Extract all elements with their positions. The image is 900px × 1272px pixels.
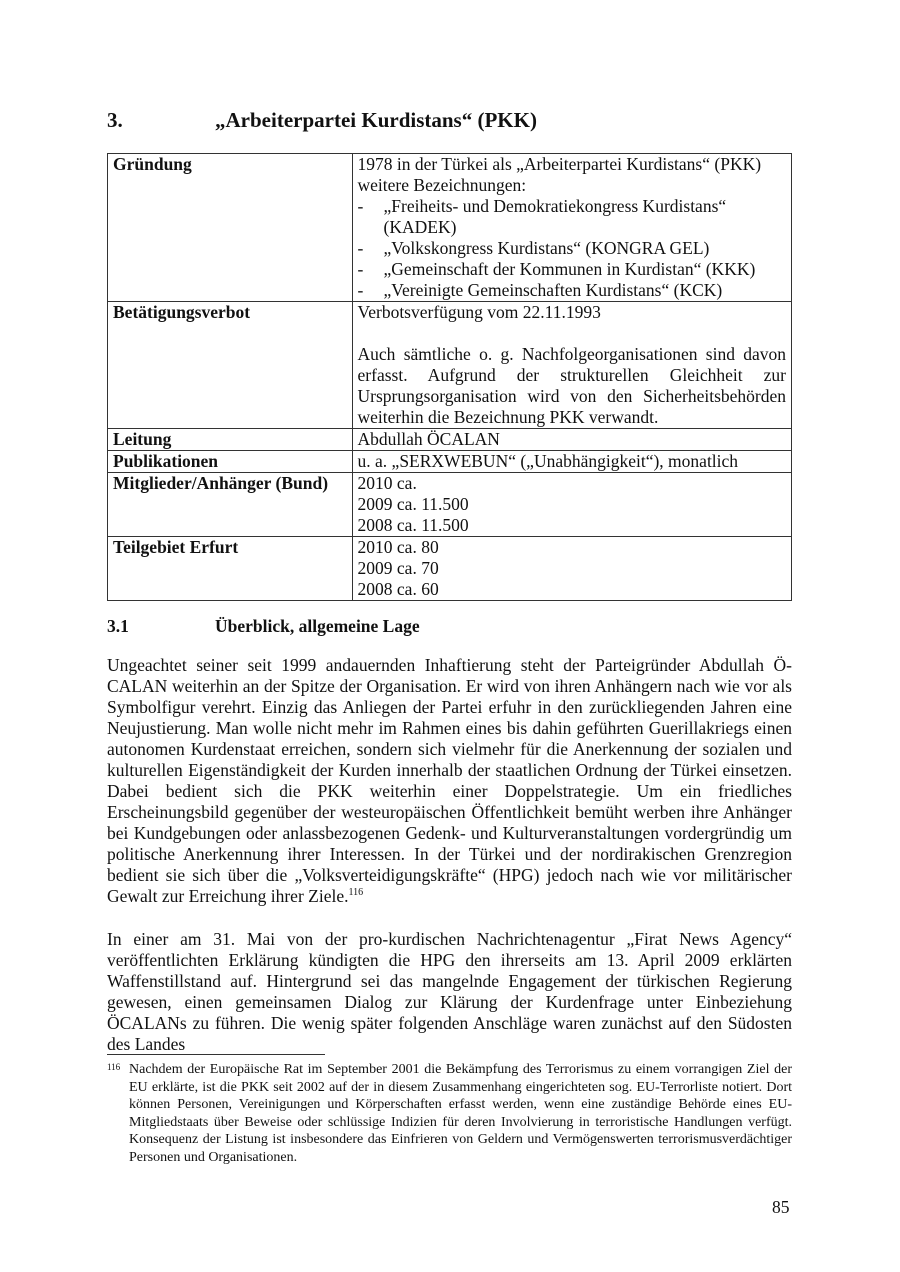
value-line: 2008 ca. 60 <box>358 579 786 600</box>
table-row: Betätigungsverbot Verbotsverfügung vom 2… <box>108 302 792 429</box>
value-line: Verbotsverfügung vom 22.11.1993 <box>358 302 786 323</box>
section-number: 3.1 <box>107 616 129 637</box>
footnote-separator <box>107 1054 325 1055</box>
row-label: Teilgebiet Erfurt <box>108 537 353 601</box>
footnote-reference[interactable]: 116 <box>348 887 363 898</box>
table-row: Publikationen u. a. „SERXWEBUN“ („Unabhä… <box>108 451 792 473</box>
row-value: u. a. „SERXWEBUN“ („Unabhängigkeit“), mo… <box>352 451 791 473</box>
row-value: Verbotsverfügung vom 22.11.1993 Auch säm… <box>352 302 791 429</box>
value-line: 1978 in der Türkei als „Arbeiterpartei K… <box>358 154 786 175</box>
row-label: Publikationen <box>108 451 353 473</box>
value-line: 2009 ca. 70 <box>358 558 786 579</box>
row-label: Betätigungsverbot <box>108 302 353 429</box>
chapter-title: „Arbeiterpartei Kurdistans“ (PKK) <box>215 108 537 133</box>
list-item: - „Volkskongress Kurdistans“ (KONGRA GEL… <box>358 238 786 259</box>
paragraph-text: Ungeachtet seiner seit 1999 andauernden … <box>107 655 792 906</box>
row-value: 2010 ca. 2009 ca. 11.500 2008 ca. 11.500 <box>352 473 791 537</box>
row-value: Abdullah ÖCALAN <box>352 429 791 451</box>
list-dash: - <box>358 259 384 280</box>
list-dash: - <box>358 238 384 259</box>
list-item-text: „Freiheits- und Demokratiekongress Kurdi… <box>384 196 786 238</box>
body-paragraph: Ungeachtet seiner seit 1999 andauernden … <box>107 655 792 907</box>
list-item-text: „Volkskongress Kurdistans“ (KONGRA GEL) <box>384 238 710 259</box>
footnote: 116 Nachdem der Europäische Rat im Septe… <box>107 1061 792 1166</box>
row-label: Leitung <box>108 429 353 451</box>
value-line: 2010 ca. <box>358 473 786 494</box>
table-row: Mitglieder/Anhänger (Bund) 2010 ca. 2009… <box>108 473 792 537</box>
value-paragraph: Auch sämtliche o. g. Nachfolgeorganisati… <box>358 344 786 428</box>
organization-info-table: Gründung 1978 in der Türkei als „Arbeite… <box>107 153 792 601</box>
page-number: 85 <box>772 1197 790 1218</box>
table-row: Gründung 1978 in der Türkei als „Arbeite… <box>108 154 792 302</box>
chapter-number: 3. <box>107 108 123 133</box>
list-item-text: „Vereinigte Gemeinschaften Kurdistans“ (… <box>384 280 723 301</box>
row-value: 2010 ca. 80 2009 ca. 70 2008 ca. 60 <box>352 537 791 601</box>
section-title: Überblick, allgemeine Lage <box>215 616 420 637</box>
list-dash: - <box>358 280 384 301</box>
paragraph-text: In einer am 31. Mai von der pro-kurdisch… <box>107 929 792 1054</box>
footnote-number: 116 <box>107 1059 120 1077</box>
row-label: Mitglieder/Anhänger (Bund) <box>108 473 353 537</box>
body-paragraph: In einer am 31. Mai von der pro-kurdisch… <box>107 929 792 1055</box>
spacer <box>358 323 786 344</box>
list-item-text: „Gemeinschaft der Kommunen in Kurdistan“… <box>384 259 756 280</box>
table-row: Teilgebiet Erfurt 2010 ca. 80 2009 ca. 7… <box>108 537 792 601</box>
row-label: Gründung <box>108 154 353 302</box>
value-line: 2009 ca. 11.500 <box>358 494 786 515</box>
footnote-text: Nachdem der Europäische Rat im September… <box>129 1061 792 1166</box>
row-value: 1978 in der Türkei als „Arbeiterpartei K… <box>352 154 791 302</box>
list-item: - „Gemeinschaft der Kommunen in Kurdista… <box>358 259 786 280</box>
document-page: 3. „Arbeiterpartei Kurdistans“ (PKK) Grü… <box>0 0 900 1272</box>
value-line: 2008 ca. 11.500 <box>358 515 786 536</box>
table-row: Leitung Abdullah ÖCALAN <box>108 429 792 451</box>
list-item: - „Vereinigte Gemeinschaften Kurdistans“… <box>358 280 786 301</box>
value-line: 2010 ca. 80 <box>358 537 786 558</box>
value-line: weitere Bezeichnungen: <box>358 175 786 196</box>
list-item: - „Freiheits- und Demokratiekongress Kur… <box>358 196 786 238</box>
list-dash: - <box>358 196 384 238</box>
